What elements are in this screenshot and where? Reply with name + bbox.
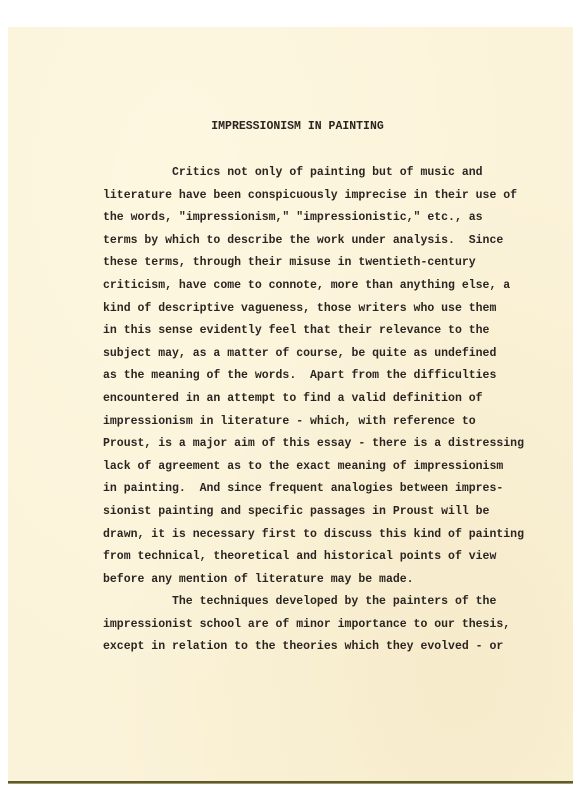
text-line: the words, "impressionism," "impressioni… (103, 207, 563, 230)
paragraph-2: The techniques developed by the painters… (103, 591, 563, 659)
text-line: in this sense evidently feel that their … (103, 320, 563, 343)
text-line: in painting. And since frequent analogie… (103, 478, 563, 501)
text-line: impressionism in literature - which, wit… (103, 411, 563, 434)
text-line: as the meaning of the words. Apart from … (103, 365, 563, 388)
text-line: The techniques developed by the painters… (103, 591, 563, 614)
text-line: sionist painting and specific passages i… (103, 501, 563, 524)
text-line: before any mention of literature may be … (103, 569, 563, 592)
text-line: these terms, through their misuse in twe… (103, 252, 563, 275)
text-line: subject may, as a matter of course, be q… (103, 343, 563, 366)
text-line: encountered in an attempt to find a vali… (103, 388, 563, 411)
text-line: terms by which to describe the work unde… (103, 230, 563, 253)
text-line: criticism, have come to connote, more th… (103, 275, 563, 298)
text-line: Critics not only of painting but of musi… (103, 162, 563, 185)
page-title: IMPRESSIONISM IN PAINTING (8, 120, 573, 133)
paragraph-1: Critics not only of painting but of musi… (103, 162, 563, 591)
text-line: kind of descriptive vagueness, those wri… (103, 298, 563, 321)
text-line: except in relation to the theories which… (103, 636, 563, 659)
text-line: from technical, theoretical and historic… (103, 546, 563, 569)
text-line: literature have been conspicuously impre… (103, 185, 563, 208)
text-line: Proust, is a major aim of this essay - t… (103, 433, 563, 456)
text-line: drawn, it is necessary first to discuss … (103, 524, 563, 547)
typewritten-page: IMPRESSIONISM IN PAINTING Critics not on… (8, 27, 573, 783)
text-line: lack of agreement as to the exact meanin… (103, 456, 563, 479)
text-line: impressionist school are of minor import… (103, 614, 563, 637)
document-body: Critics not only of painting but of musi… (103, 162, 563, 659)
